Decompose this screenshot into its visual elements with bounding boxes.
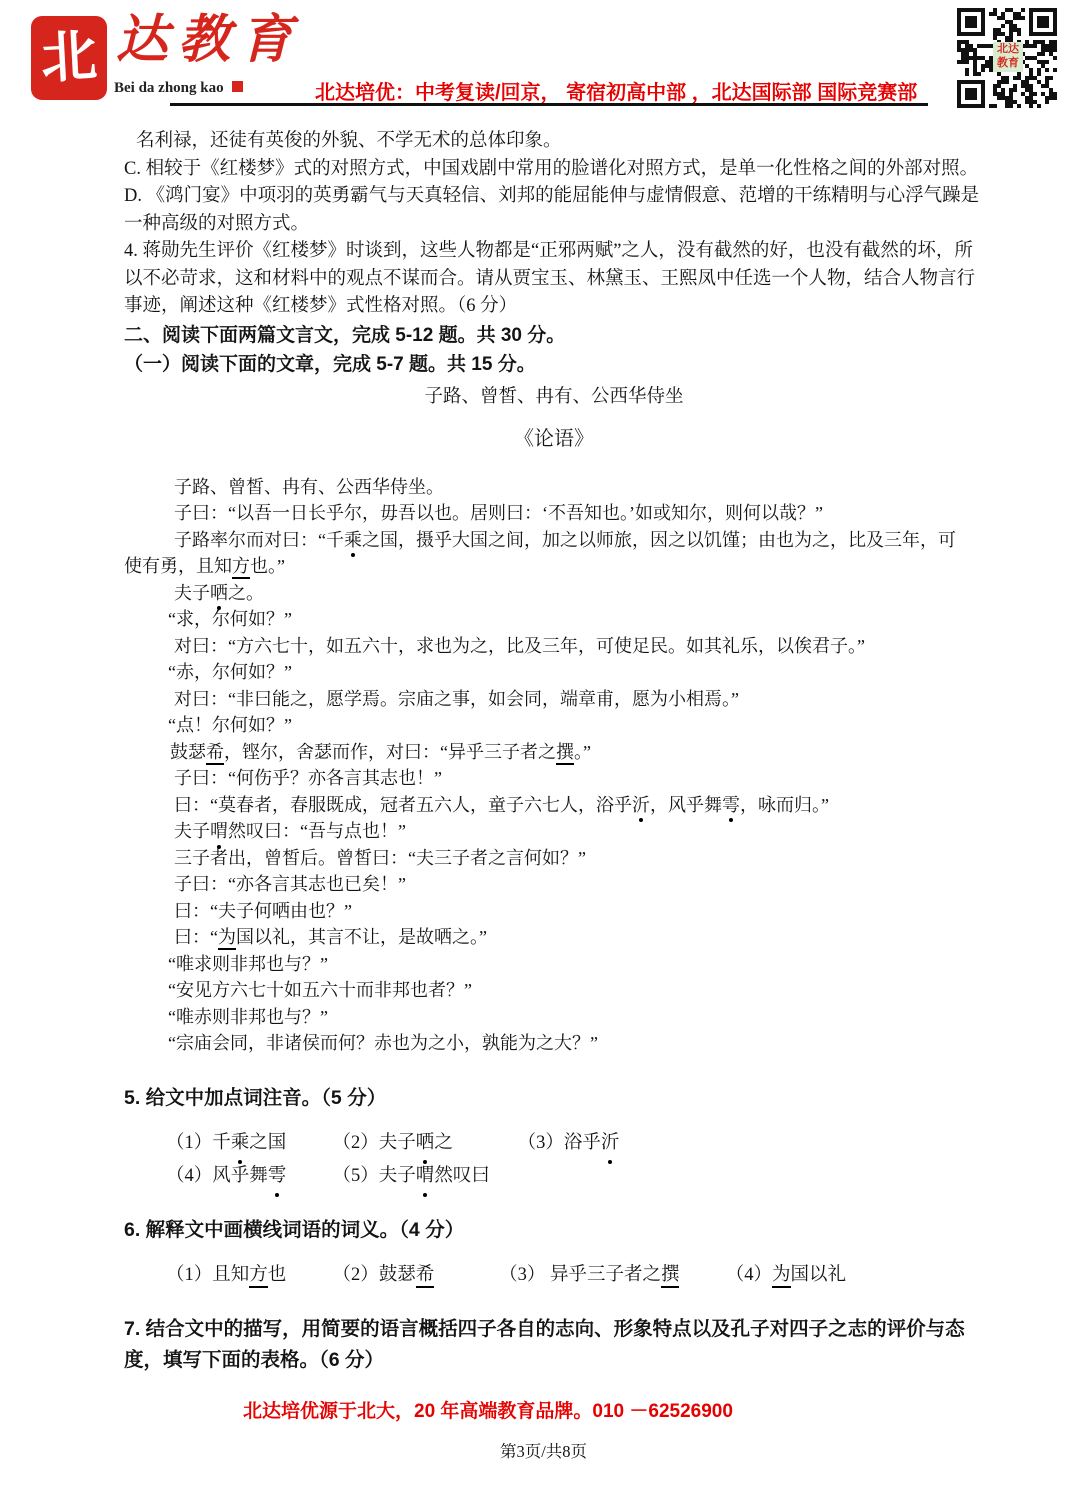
text-line: “宗庙会同，非诸侯而何？赤也为之小，孰能为之大？” [124, 1030, 987, 1057]
text-run: 名利禄，还徒有英俊的外貌、不学无术的总体印象。 [136, 131, 562, 151]
text-run: 子路率尔而对曰：“千 [174, 530, 344, 550]
text-line: 曰：“夫子何哂由也？” [124, 898, 987, 925]
page-header: 北 达教育 Bei da zhong kao 北达培优：中考复读/回京， 寄宿初… [0, 0, 1087, 112]
text-run: “点！尔何如？” [168, 715, 292, 735]
emphasis-dot-word: 哂 [210, 580, 228, 607]
text-run: 对曰：“方六七十，如五六十，求也为之，比及三年，可使足民。如其礼乐，以俟君子。” [174, 636, 865, 656]
text-line: “唯求则非邦也与？” [124, 951, 987, 978]
text-run: 夫子 [174, 821, 210, 841]
text-run: 4. 蒋勋先生评价《红楼梦》时谈到，这些人物都是“正邪两赋”之人，没有截然的好，… [124, 241, 973, 261]
text-run: 子曰：“以吾一日长乎尔，毋吾以也。居则曰：‘不吾知也。’如或知尔，则何以哉？” [174, 503, 823, 523]
text-run: ，铿尔，舍瑟而作，对曰：“异乎三子者之 [224, 742, 556, 762]
brand-seal: 北 [33, 18, 105, 98]
section-subheading: （一）阅读下面的文章，完成 5-7 题。共 15 分。 [124, 350, 987, 379]
text-line: 夫子哂之。 [124, 580, 987, 607]
question-6-header: 6. 解释文中画横线词语的词义。（4 分） [124, 1216, 987, 1245]
text-run: 国以礼 [791, 1265, 847, 1285]
text-line: “安见方六七十如五六十而非邦也者？” [124, 977, 987, 1004]
underlined-word: 为 [772, 1265, 791, 1288]
text-run: 一种高级的对照方式。 [124, 214, 309, 234]
text-run: 国以礼，其言不让，是故哂之。” [236, 927, 487, 947]
header-tagline: 北达培优：中考复读/回京， 寄宿初高中部 ，北达国际部 国际竞赛部 [315, 76, 917, 105]
exam-page: 北 达教育 Bei da zhong kao 北达培优：中考复读/回京， 寄宿初… [0, 0, 1087, 1512]
text-run: 然叹曰：“吾与点也！” [228, 821, 406, 841]
text-line: C. 相较于《红楼梦》式的对照方式，中国戏剧中常用的脸谱化对照方式，是单一化性格… [124, 156, 987, 184]
text-run: 曰：“夫子何哂由也？” [174, 901, 352, 921]
text-run: 之国 （2）夫子 [249, 1133, 416, 1153]
text-run: 三子者出，曾皙后。曾皙曰：“夫三子者之言何如？” [174, 848, 586, 868]
text-line: “求，尔何如？” [124, 606, 987, 633]
passage-title: 子路、曾皙、冉有、公西华侍坐 [124, 384, 984, 410]
underlined-word: 方 [249, 1265, 268, 1288]
text-line: 子路、曾皙、冉有、公西华侍坐。 [124, 474, 987, 501]
text-run: 之国，摄乎大国之间，加之以师旅，因之以饥馑；由也为之，比及三年，可 [362, 530, 956, 550]
text-run: “赤，尔何如？” [168, 662, 292, 682]
text-line: （4）风乎舞雩 （5）夫子喟然叹曰 [124, 1160, 987, 1193]
text-run: ，咏而归。” [740, 795, 829, 815]
brand-subtext: Bei da zhong kao [114, 80, 243, 97]
text-line: 子曰：“何伤乎？亦各言其志也！” [124, 765, 987, 792]
text-line: “点！尔何如？” [124, 712, 987, 739]
text-run: 曰：“莫春者，春服既成，冠者五六人，童子六七人，浴乎 [174, 795, 632, 815]
text-line: “赤，尔何如？” [124, 659, 987, 686]
text-run: （4） [679, 1265, 772, 1285]
text-run: （5）夫子 [286, 1166, 416, 1186]
text-line: （1）千乘之国 （2）夫子哂之 （3）浴乎沂 [124, 1127, 987, 1160]
text-run: 鼓瑟 [170, 742, 206, 762]
exam-body: 名利禄，还徒有英俊的外貌、不学无术的总体印象。C. 相较于《红楼梦》式的对照方式… [0, 112, 1087, 1376]
question-5-items: （1）千乘之国 （2）夫子哂之 （3）浴乎沂（4）风乎舞雩 （5）夫子喟然叹曰 [124, 1127, 987, 1193]
emphasis-dot-word: 雩 [722, 792, 740, 819]
text-run: 对曰：“非曰能之，愿学焉。宗庙之事，如会同，端章甫，愿为小相焉。” [174, 689, 739, 709]
underlined-word: 方 [232, 556, 250, 579]
text-line: 名利禄，还徒有英俊的外貌、不学无术的总体印象。 [124, 128, 987, 156]
text-run: 也。” [250, 556, 285, 576]
text-run: 以不必苛求，这和材料中的观点不谋而合。请从贾宝玉、林黛玉、王熙凤中任选一个人物，… [124, 269, 975, 289]
brand-subtext-label: Bei da zhong kao [114, 80, 224, 96]
emphasis-dot-word: 沂 [632, 792, 650, 819]
underlined-word: 撰 [556, 742, 574, 765]
text-run: （1）且知 [166, 1265, 249, 1285]
emphasis-dot-word: 喟 [416, 1160, 435, 1193]
text-run: “唯求则非邦也与？” [168, 954, 328, 974]
text-line: “唯赤则非邦也与？” [124, 1004, 987, 1031]
text-run: 事迹，阐述这种《红楼梦》式性格对照。（6 分） [124, 296, 517, 316]
text-run: （3） 异乎三子者之 [434, 1265, 661, 1285]
text-run: C. 相较于《红楼梦》式的对照方式，中国戏剧中常用的脸谱化对照方式，是单一化性格… [124, 159, 978, 179]
text-line: 子曰：“以吾一日长乎尔，毋吾以也。居则曰：‘不吾知也。’如或知尔，则何以哉？” [124, 500, 987, 527]
emphasis-dot-word: 雩 [268, 1160, 287, 1193]
emphasis-dot-word: 乘 [231, 1127, 250, 1160]
text-run: 夫子 [174, 583, 210, 603]
header-rule [170, 103, 928, 106]
emphasis-dot-word: 哂 [416, 1127, 435, 1160]
text-line: 一种高级的对照方式。 [124, 211, 987, 239]
text-line: 曰：“为国以礼，其言不让，是故哂之。” [124, 924, 987, 951]
text-line: 对曰：“非曰能之，愿学焉。宗庙之事，如会同，端章甫，愿为小相焉。” [124, 686, 987, 713]
question-7-text: 7. 结合文中的描写，用简要的语言概括四子各自的志向、形象特点以及孔子对四子之志… [124, 1314, 986, 1376]
text-run: 曰：“ [174, 927, 218, 947]
footer-promo: 北达培优源于北大，20 年高端教育品牌。010 －62526900 [243, 1396, 733, 1423]
underlined-word: 撰 [661, 1265, 680, 1288]
text-run: 。” [574, 742, 591, 762]
emphasis-dot-word: 喟 [210, 818, 228, 845]
text-line: 4. 蒋勋先生评价《红楼梦》时谈到，这些人物都是“正邪两赋”之人，没有截然的好，… [124, 238, 987, 266]
text-run: 子曰：“亦各言其志也已矣！” [174, 874, 406, 894]
text-run: “宗庙会同，非诸侯而何？赤也为之小，孰能为之大？” [168, 1033, 598, 1053]
brand-marker-square [232, 81, 243, 92]
passage-source: 《论语》 [124, 425, 984, 453]
text-run: 也 （2）鼓瑟 [268, 1265, 416, 1285]
underlined-word: 希 [206, 742, 224, 765]
emphasis-dot-word: 乘 [344, 527, 362, 554]
text-line: 子路率尔而对曰：“千乘之国，摄乎大国之间，加之以师旅，因之以饥馑；由也为之，比及… [124, 527, 987, 554]
qr-center-label: 北达教育 [993, 42, 1023, 72]
text-line: 三子者出，曾皙后。曾皙曰：“夫三子者之言何如？” [124, 845, 987, 872]
text-line: 曰：“莫春者，春服既成，冠者五六人，童子六七人，浴乎沂，风乎舞雩，咏而归。” [124, 792, 987, 819]
intro-text: 名利禄，还徒有英俊的外貌、不学无术的总体印象。C. 相较于《红楼梦》式的对照方式… [124, 128, 987, 321]
emphasis-dot-word: 沂 [601, 1127, 620, 1160]
text-run: D. 《鸿门宴》中项羽的英勇霸气与天真轻信、刘邦的能屈能伸与虚情假意、范增的干练… [124, 186, 979, 206]
passage-body: 子路、曾皙、冉有、公西华侍坐。子曰：“以吾一日长乎尔，毋吾以也。居则曰：‘不吾知… [124, 474, 987, 1057]
text-line: 事迹，阐述这种《红楼梦》式性格对照。（6 分） [124, 293, 987, 321]
text-run: 使有勇，且知 [124, 556, 232, 576]
underlined-word: 为 [218, 927, 236, 950]
text-run: （4）风乎舞 [166, 1166, 268, 1186]
text-run: 之。 [228, 583, 264, 603]
text-run: （1）千 [166, 1133, 231, 1153]
section-heading: 二、阅读下面两篇文言文，完成 5-12 题。共 30 分。 [124, 321, 987, 350]
text-line: 鼓瑟希，铿尔，舍瑟而作，对曰：“异乎三子者之撰。” [124, 739, 987, 766]
text-line: （1）且知方也 （2）鼓瑟希 （3） 异乎三子者之撰 （4）为国以礼 [124, 1259, 987, 1292]
text-run: 子路、曾皙、冉有、公西华侍坐。 [174, 477, 444, 497]
question-5-header: 5. 给文中加点词注音。（5 分） [124, 1084, 987, 1113]
text-run: 之 （3）浴乎 [434, 1133, 601, 1153]
text-run: 然叹曰 [434, 1166, 490, 1186]
text-run: 子曰：“何伤乎？亦各言其志也！” [174, 768, 442, 788]
underlined-word: 希 [416, 1265, 435, 1288]
text-run: “唯赤则非邦也与？” [168, 1007, 328, 1027]
brand-name: 达教育 [116, 12, 302, 69]
text-line: 以不必苛求，这和材料中的观点不谋而合。请从贾宝玉、林黛玉、王熙凤中任选一个人物，… [124, 266, 987, 294]
text-line: D. 《鸿门宴》中项羽的英勇霸气与天真轻信、刘邦的能屈能伸与虚情假意、范增的干练… [124, 183, 987, 211]
text-run: ，风乎舞 [650, 795, 722, 815]
text-run: “求，尔何如？” [168, 609, 292, 629]
question-6-items: （1）且知方也 （2）鼓瑟希 （3） 异乎三子者之撰 （4）为国以礼 [124, 1259, 987, 1292]
text-line: 子曰：“亦各言其志也已矣！” [124, 871, 987, 898]
text-line: 使有勇，且知方也。” [124, 553, 987, 580]
page-number: 第3页/共8页 [0, 1438, 1087, 1462]
text-run: “安见方六七十如五六十而非邦也者？” [168, 980, 472, 1000]
text-line: 对曰：“方六七十，如五六十，求也为之，比及三年，可使足民。如其礼乐，以俟君子。” [124, 633, 987, 660]
text-line: 夫子喟然叹曰：“吾与点也！” [124, 818, 987, 845]
seal-character: 北 [40, 29, 99, 88]
